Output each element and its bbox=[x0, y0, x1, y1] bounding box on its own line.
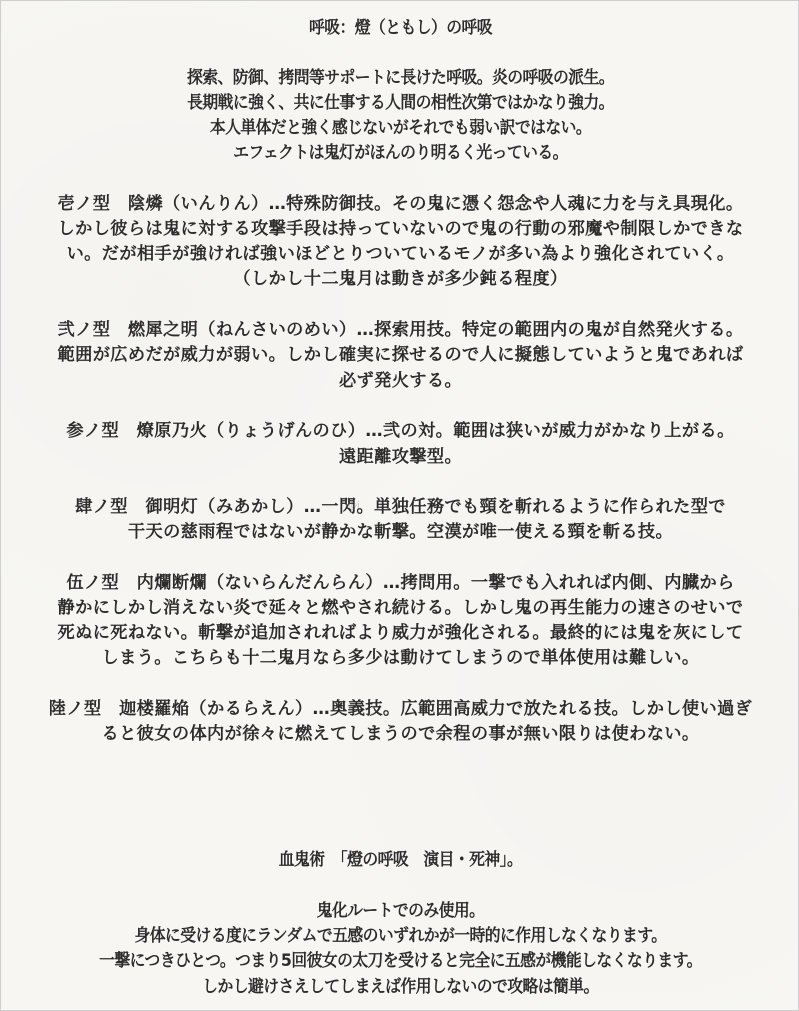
intro-line: 探索、防御、拷問等サポートに長けた呼吸。炎の呼吸の派生。 bbox=[29, 66, 772, 91]
form-6-line: ると彼女の体内が徐々に燃えてしまうので余程の事が無い限りは使わない。 bbox=[1, 722, 799, 747]
form-1-line: （しかし十二鬼月は動きが多少鈍る程度） bbox=[1, 267, 799, 292]
form-2-line: 範囲が広めだが威力が弱い。しかし確実に探せるので人に擬態していようと鬼であれば bbox=[1, 343, 799, 368]
form-5-line: 伍ノ型 内爛断爛（ないらんだんらん）…拷問用。一撃でも入れれば内側、内臓から bbox=[1, 571, 799, 596]
form-5-line: 死ぬに死ねない。斬撃が追加されればより威力が強化される。最終的には鬼を灰にして bbox=[1, 621, 799, 646]
intro-line: 長期戦に強く、共に仕事する人間の相性次第ではかなり強力。 bbox=[29, 91, 772, 116]
form-1-line: しかし彼らは鬼に対する攻撃手段は持っていないので鬼の行動の邪魔や制限しかできな bbox=[1, 217, 799, 242]
form-6-line: 陸ノ型 迦楼羅焔（かるらえん）…奥義技。広範囲高威力で放たれる技。しかし使い過ぎ bbox=[1, 697, 799, 722]
blood-art-line: しかし避けさえしてしまえば作用しないので攻略は簡単。 bbox=[29, 975, 772, 1000]
form-5-line: 静かにしかし消えない炎で延々と燃やされ続ける。しかし鬼の再生能力の速さのせいで bbox=[1, 596, 799, 621]
form-3-line: 遠距離攻撃型。 bbox=[1, 445, 799, 470]
form-1-line: 壱ノ型 陰燐（いんりん）…特殊防御技。その鬼に憑く怨念や人魂に力を与え具現化。 bbox=[1, 192, 799, 217]
blood-art-line: 鬼化ルートでのみ使用。 bbox=[29, 899, 772, 924]
blood-art-line: 一撃につきひとつ。つまり5回彼女の太刀を受けると完全に五感が機能しなくなります。 bbox=[29, 949, 772, 974]
document-page: 呼吸：燈（ともし）の呼吸 探索、防御、拷問等サポートに長けた呼吸。炎の呼吸の派生… bbox=[0, 0, 799, 1011]
form-4-line: 肆ノ型 御明灯（みあかし）…一閃。単独任務でも頸を斬れるように作られた型で bbox=[1, 495, 799, 520]
form-5-line: しまう。こちらも十二鬼月なら多少は動けてしまうので単体使用は難しい。 bbox=[1, 646, 799, 671]
form-3-line: 参ノ型 燎原乃火（りょうげんのひ）…弐の対。範囲は狭いが威力がかなり上がる。 bbox=[1, 419, 799, 444]
page-title: 呼吸：燈（ともし）の呼吸 bbox=[29, 16, 772, 41]
form-1-line: い。だが相手が強ければ強いほどとりついているモノが多い為より強化されていく。 bbox=[1, 242, 799, 267]
blood-art-line: 身体に受ける度にランダムで五感のいずれかが一時的に作用しなくなります。 bbox=[29, 924, 772, 949]
intro-line: エフェクトは鬼灯がほんのり明るく光っている。 bbox=[29, 141, 772, 166]
intro-line: 本人単体だと強く感じないがそれでも弱い訳ではない。 bbox=[29, 116, 772, 141]
blood-art-heading: 血鬼術 「燈の呼吸 演目・死神」。 bbox=[29, 848, 772, 873]
form-2-line: 弐ノ型 燃犀之明（ねんさいのめい）…探索用技。特定の範囲内の鬼が自然発火する。 bbox=[1, 318, 799, 343]
form-2-line: 必ず発火する。 bbox=[1, 369, 799, 394]
form-4-line: 干天の慈雨程ではないが静かな斬撃。空漠が唯一使える頸を斬る技。 bbox=[1, 520, 799, 545]
